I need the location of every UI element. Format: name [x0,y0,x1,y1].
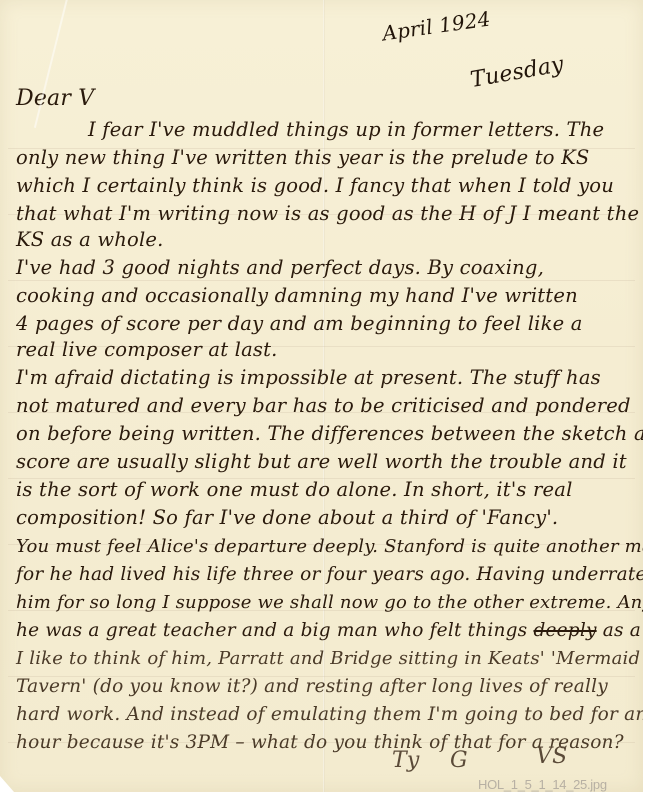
letter-line: only new thing I've written this year is… [16,146,589,169]
letter-weekday: Tuesday [469,52,566,93]
letter-line: is the sort of work one must do alone. I… [16,478,573,501]
letter-line: that what I'm writing now is as good as … [16,202,639,225]
letter-line: I fear I've muddled things up in former … [88,118,604,141]
salutation: Dear V [16,86,94,111]
letter-line: composition! So far I've done about a th… [16,506,558,529]
letter-text: as a scholar. [603,620,643,641]
image-filename-label: HOL_1_5_1_14_25.jpg [478,777,607,792]
signature: VS [536,744,567,769]
letter-line: him for so long I suppose we shall now g… [16,592,643,613]
signoff-closing: Ty [392,748,420,773]
letter-line: I've had 3 good nights and perfect days.… [16,256,544,279]
letter-line: 4 pages of score per day and am beginnin… [16,312,583,335]
letter-line: I like to think of him, Parratt and Brid… [16,648,640,669]
letter-line: for he had lived his life three or four … [16,564,643,585]
letter-line: You must feel Alice's departure deeply. … [16,536,643,557]
folded-corner [0,776,14,792]
signoff-initial: G [450,748,468,773]
letter-line: cooking and occasionally damning my hand… [16,284,578,307]
letter-line: Tavern' (do you know it?) and resting af… [16,676,608,697]
letter-line: on before being written. The differences… [16,422,643,445]
ruled-line [8,280,635,281]
letter-line: which I certainly think is good. I fancy… [16,174,614,197]
letter-page: April 1924 Tuesday Dear V I fear I've mu… [0,0,643,792]
letter-line: I'm afraid dictating is impossible at pr… [16,366,601,389]
letter-text: he was a great teacher and a big man who… [16,620,527,641]
letter-line-with-correction: he was a great teacher and a big man who… [16,620,643,641]
struck-word: deeply [533,620,596,641]
letter-line: KS as a whole. [16,228,164,251]
letter-line: real live composer at last. [16,338,278,361]
letter-date: April 1924 [381,7,492,46]
letter-line: hour because it's 3PM – what do you thin… [16,732,624,753]
letter-line: hard work. And instead of emulating them… [16,704,643,725]
letter-line: not matured and every bar has to be crit… [16,394,631,417]
letter-line: score are usually slight but are well wo… [16,450,627,473]
